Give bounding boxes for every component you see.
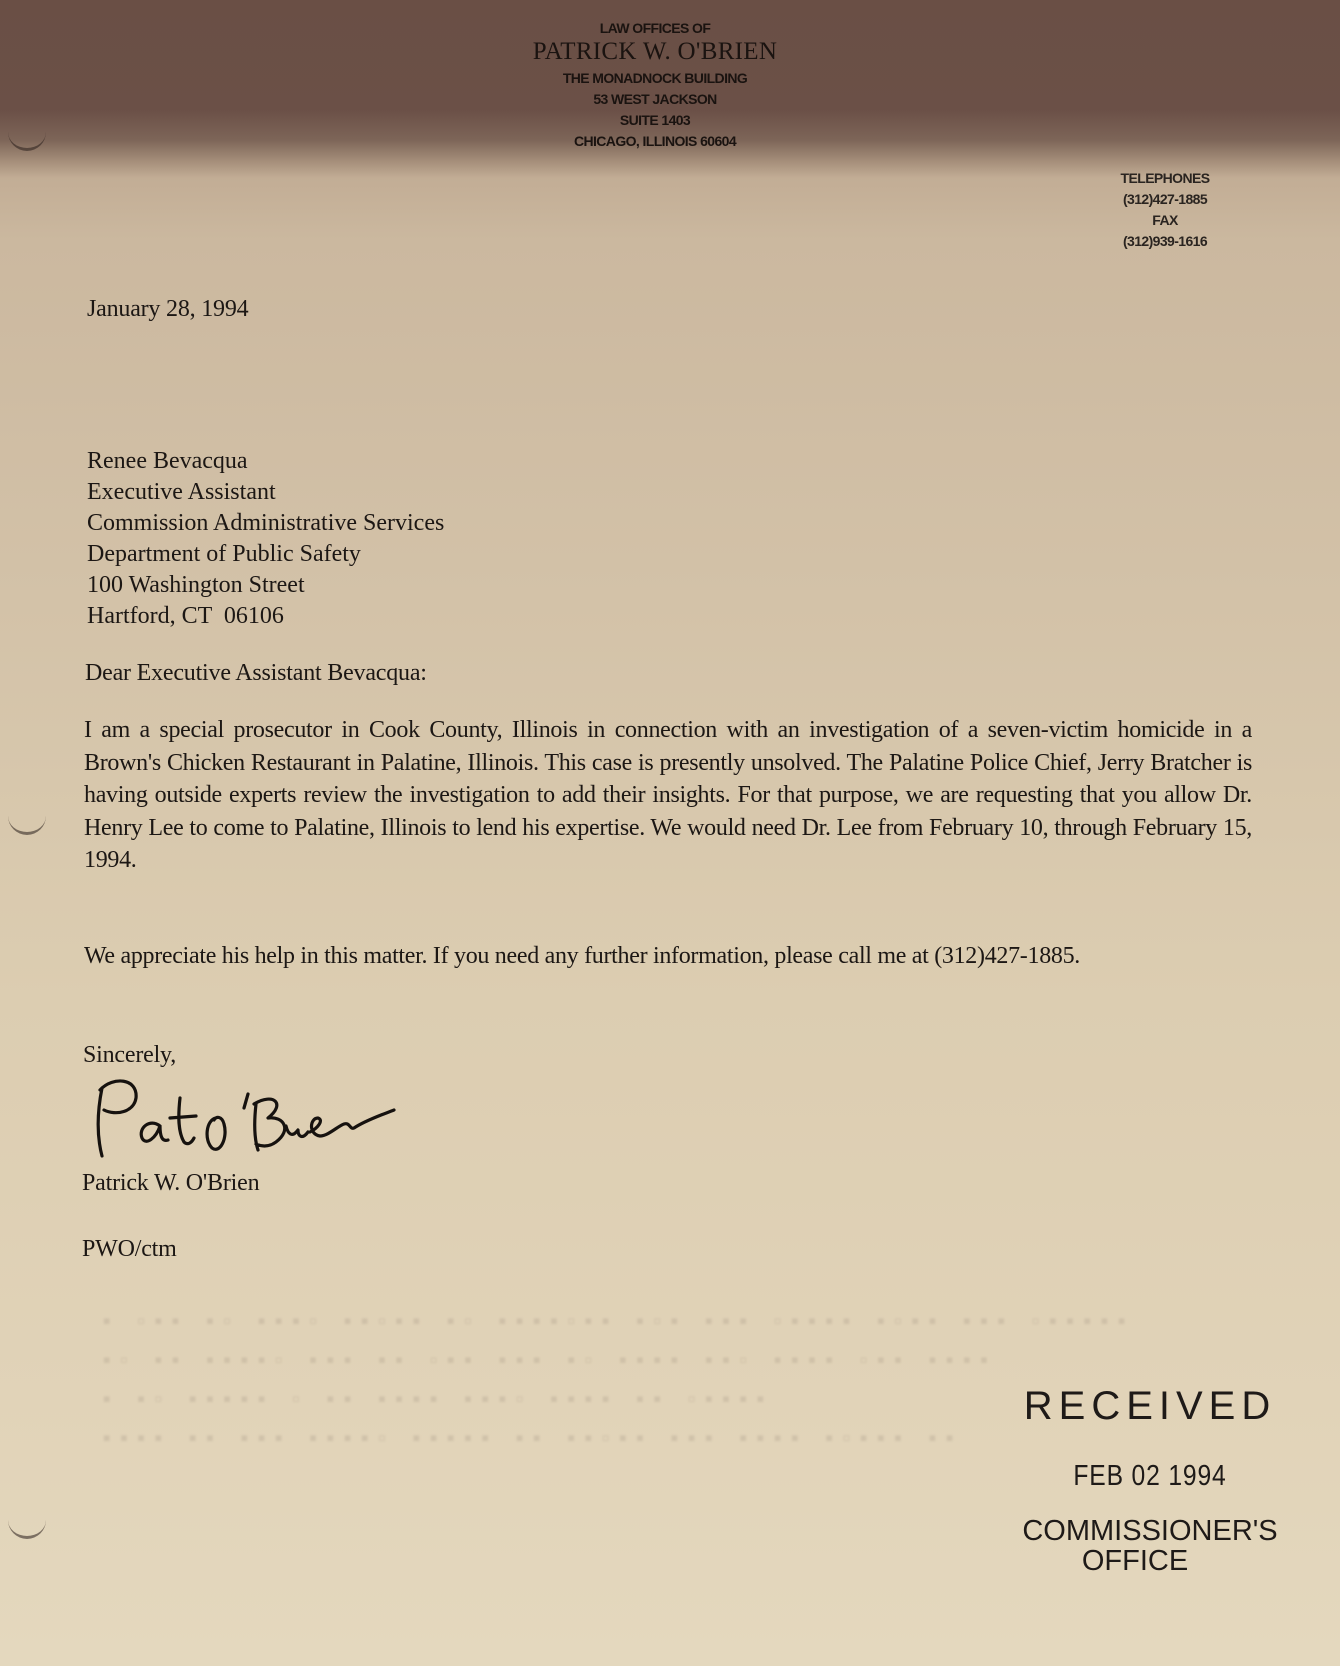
fax-number: (312)939-1616 xyxy=(1090,231,1240,252)
punch-hole-mark xyxy=(8,816,46,835)
handwritten-signature xyxy=(88,1068,398,1164)
stamp-office-line-2: OFFICE xyxy=(980,1546,1290,1576)
closing: Sincerely, xyxy=(83,1040,176,1071)
letterhead-attorney-name: PATRICK W. O'BRIEN xyxy=(0,38,1310,66)
recipient-line: Renee Bevacqua xyxy=(87,446,444,477)
recipient-address: Renee Bevacqua Executive Assistant Commi… xyxy=(87,446,444,632)
stamp-received-label: RECEIVED xyxy=(1000,1384,1300,1429)
recipient-line: Department of Public Safety xyxy=(87,539,444,570)
recipient-line: Executive Assistant xyxy=(87,477,444,508)
telephones-label: TELEPHONES xyxy=(1090,168,1240,189)
letterhead-address-line: SUITE 1403 xyxy=(0,112,1310,128)
recipient-line: 100 Washington Street xyxy=(87,570,444,601)
letterhead-address-line: THE MONADNOCK BUILDING xyxy=(0,70,1310,86)
body-paragraph-2: We appreciate his help in this matter. I… xyxy=(84,940,1252,973)
punch-hole-mark xyxy=(8,1520,46,1539)
letter-date: January 28, 1994 xyxy=(87,294,248,325)
stamp-office-line-1: COMMISSIONER'S xyxy=(980,1516,1320,1546)
recipient-line: Commission Administrative Services xyxy=(87,508,444,539)
telephone-number: (312)427-1885 xyxy=(1090,189,1240,210)
fax-label: FAX xyxy=(1090,210,1240,231)
salutation: Dear Executive Assistant Bevacqua: xyxy=(85,658,427,689)
letterhead-address-line: CHICAGO, ILLINOIS 60604 xyxy=(0,133,1310,149)
stamp-date: FEB 02 1994 xyxy=(1023,1460,1278,1493)
reference-initials: PWO/ctm xyxy=(82,1234,177,1265)
signer-name: Patrick W. O'Brien xyxy=(82,1168,259,1199)
letterhead-office-label: LAW OFFICES OF xyxy=(0,20,1310,36)
letterhead-address-line: 53 WEST JACKSON xyxy=(0,91,1310,107)
body-paragraph-1: I am a special prosecutor in Cook County… xyxy=(84,714,1252,877)
recipient-line: Hartford, CT 06106 xyxy=(87,601,444,632)
contact-numbers: TELEPHONES (312)427-1885 FAX (312)939-16… xyxy=(1090,168,1240,252)
bleed-through-text: ▪ ▫▪▪ ▪▫ ▪▪▪▫ ▪▪▫▪▪ ▪▫ ▪▪▪▪▫▪▪ ▪▫▪ ▪▪▪ ▫… xyxy=(100,1310,1132,1452)
